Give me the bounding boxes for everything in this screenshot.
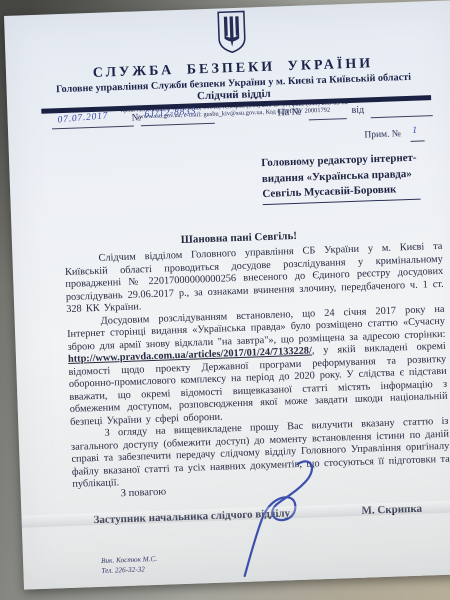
- executor-name: Вик. Костюк М.С.: [101, 555, 157, 566]
- incoming-ref-label: На №: [277, 107, 301, 119]
- letter-document: СЛУЖБА БЕЗПЕКИ УКРАЇНИ Головне управлінн…: [4, 0, 450, 589]
- addressee-block: Головному редактору інтернет- видання «У…: [261, 150, 433, 204]
- copy-label: Прим. №: [364, 129, 401, 140]
- number-sign: №: [131, 112, 141, 123]
- executor-phone: Тел. 226-32-32: [101, 564, 157, 575]
- copy-number-line: [411, 139, 425, 141]
- tryzub-emblem-icon: [214, 9, 250, 54]
- outgoing-number-line: [141, 122, 215, 127]
- letter-body: Слідчим відділом Головного управління СБ…: [64, 241, 450, 492]
- executor-note: Вик. Костюк М.С. Тел. 226-32-32: [101, 555, 158, 576]
- signature-ink-icon: [238, 457, 324, 578]
- signer-name: М. Скрипка: [361, 503, 422, 517]
- copy-number-handwritten: 1: [412, 126, 418, 136]
- closing-regards: З повагою: [121, 487, 167, 500]
- incoming-ref-line: [309, 117, 347, 120]
- incoming-date-label: від: [351, 104, 364, 115]
- outgoing-date-line: [52, 125, 134, 130]
- photo-background: СЛУЖБА БЕЗПЕКИ УКРАЇНИ Головне управлінн…: [0, 0, 450, 600]
- paragraph-2: Досудовим розслідуванням встановлено, що…: [67, 303, 449, 429]
- incoming-date-line: [371, 114, 433, 118]
